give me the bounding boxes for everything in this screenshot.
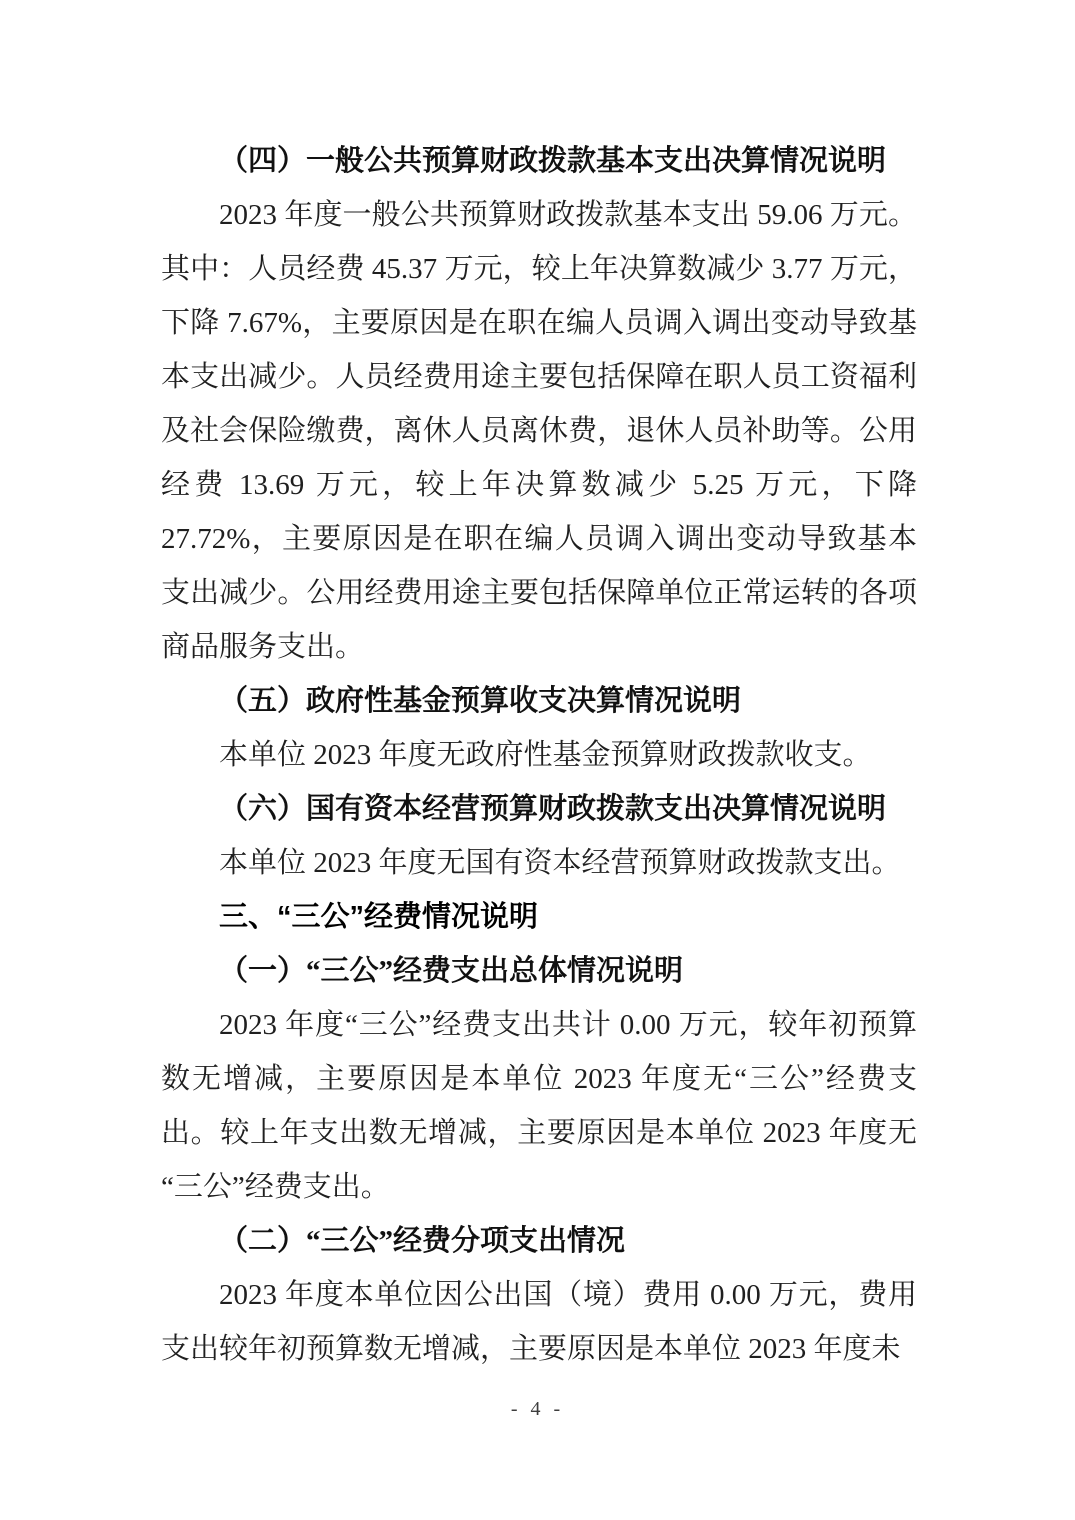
body-paragraph: 2023 年度“三公”经费支出共计 0.00 万元，较年初预算数无增减，主要原因…: [161, 998, 917, 1214]
body-paragraph: 本单位 2023 年度无政府性基金预算财政拨款收支。: [161, 728, 917, 782]
section-heading: 三、“三公”经费情况说明: [161, 890, 917, 944]
section-heading: （二）“三公”经费分项支出情况: [161, 1214, 917, 1268]
body-paragraph: 本单位 2023 年度无国有资本经营预算财政拨款支出。: [161, 836, 917, 890]
section-heading: （六）国有资本经营预算财政拨款支出决算情况说明: [161, 782, 917, 836]
section-heading: （一）“三公”经费支出总体情况说明: [161, 944, 917, 998]
page-number: - 4 -: [0, 1394, 1075, 1424]
section-heading: （四）一般公共预算财政拨款基本支出决算情况说明: [161, 134, 917, 188]
document-page: （四）一般公共预算财政拨款基本支出决算情况说明2023 年度一般公共预算财政拨款…: [0, 0, 1075, 1520]
body-paragraph: 2023 年度一般公共预算财政拨款基本支出 59.06 万元。其中：人员经费 4…: [161, 188, 917, 674]
body-paragraph: 2023 年度本单位因公出国（境）费用 0.00 万元，费用支出较年初预算数无增…: [161, 1268, 917, 1376]
section-heading: （五）政府性基金预算收支决算情况说明: [161, 674, 917, 728]
document-body: （四）一般公共预算财政拨款基本支出决算情况说明2023 年度一般公共预算财政拨款…: [161, 134, 917, 1376]
